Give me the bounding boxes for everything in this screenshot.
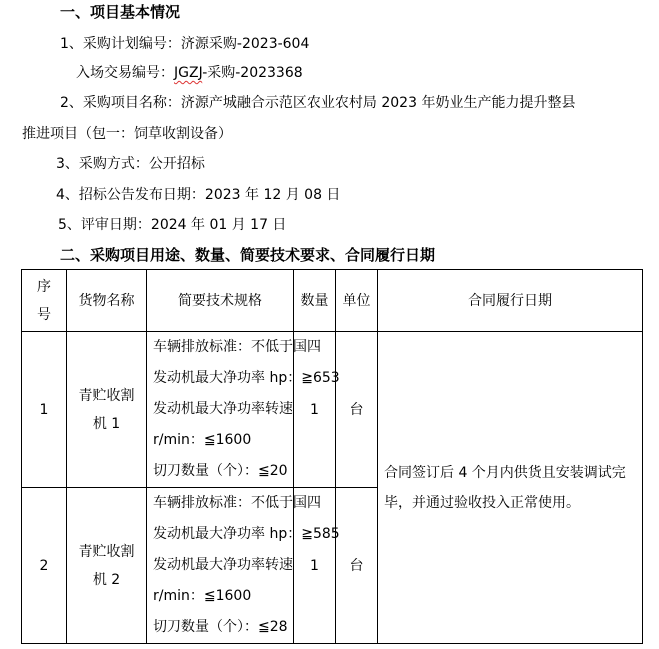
plan-number-label: 1、采购计划编号： — [60, 36, 181, 52]
row-goods-name: 青贮收割机 1 — [67, 332, 147, 488]
row-specs: 车辆排放标准：不低于国四 发动机最大净功率 hp：≧653 发动机最大净功率转速… — [147, 332, 294, 488]
header-quantity: 数量 — [294, 270, 336, 332]
section-heading-basic-info: 一、项目基本情况 — [60, 2, 180, 22]
row-index: 2 — [22, 488, 67, 644]
plan-number-value: 济源采购-2023-604 — [181, 36, 309, 52]
project-name: 2、采购项目名称：济源产城融合示范区农业农村局 2023 年奶业生产能力提升整县 — [60, 93, 575, 113]
row-index: 1 — [22, 332, 67, 488]
spec-line: 切刀数量（个）：≦20 — [153, 456, 293, 487]
header-index: 序号 — [22, 270, 67, 332]
trade-number: 入场交易编号：JGZJ-采购-2023368 — [76, 63, 303, 83]
row-specs: 车辆排放标准：不低于国四 发动机最大净功率 hp：≧585 发动机最大净功率转速… — [147, 488, 294, 644]
header-specs: 简要技术规格 — [147, 270, 294, 332]
trade-number-label: 入场交易编号： — [76, 65, 174, 81]
procurement-table: 序号 货物名称 简要技术规格 数量 单位 合同履行日期 1 青贮收割机 1 车辆… — [21, 269, 643, 644]
announcement-date: 4、招标公告发布日期：2023 年 12 月 08 日 — [56, 185, 340, 205]
procurement-method: 3、采购方式：公开招标 — [56, 154, 205, 174]
spec-line: 发动机最大净功率 hp：≧585 — [153, 519, 293, 550]
spec-line: 发动机最大净功率转速 — [153, 394, 293, 425]
project-name-label: 2、采购项目名称： — [60, 95, 181, 111]
table-header-row: 序号 货物名称 简要技术规格 数量 单位 合同履行日期 — [22, 270, 643, 332]
spec-line: 车辆排放标准：不低于国四 — [153, 488, 293, 519]
plan-number: 1、采购计划编号：济源采购-2023-604 — [60, 34, 309, 54]
spec-line: r/min：≦1600 — [153, 581, 293, 612]
header-contract-date: 合同履行日期 — [378, 270, 643, 332]
spec-line: 切刀数量（个）：≦28 — [153, 612, 293, 643]
review-date-value: 2024 年 01 月 17 日 — [151, 217, 287, 233]
trade-number-value: -采购-2023368 — [202, 65, 302, 81]
row-goods-name-text: 青贮收割机 1 — [75, 382, 139, 438]
project-name-value: 济源产城融合示范区农业农村局 2023 年奶业生产能力提升整县 — [181, 95, 576, 111]
row-goods-name: 青贮收割机 2 — [67, 488, 147, 644]
contract-date-cell: 合同签订后 4 个月内供货且安装调试完毕，并通过验收投入正常使用。 — [378, 332, 643, 644]
spec-line: 车辆排放标准：不低于国四 — [153, 332, 293, 363]
spec-line: 发动机最大净功率转速 — [153, 550, 293, 581]
header-goods-name: 货物名称 — [67, 270, 147, 332]
row-goods-name-text: 青贮收割机 2 — [75, 538, 139, 594]
trade-number-prefix: JGZJ — [174, 65, 202, 81]
spec-line: r/min：≦1600 — [153, 425, 293, 456]
header-unit: 单位 — [336, 270, 378, 332]
procurement-method-value: 公开招标 — [149, 156, 205, 172]
section-heading-purpose: 二、采购项目用途、数量、简要技术要求、合同履行日期 — [60, 245, 435, 265]
announcement-date-value: 2023 年 12 月 08 日 — [205, 187, 341, 203]
row-unit: 台 — [336, 488, 378, 644]
project-name-continued: 推进项目（包一：饲草收割设备） — [22, 124, 232, 144]
review-date-label: 5、评审日期： — [58, 217, 151, 233]
table-row: 1 青贮收割机 1 车辆排放标准：不低于国四 发动机最大净功率 hp：≧653 … — [22, 332, 643, 488]
header-index-text: 序号 — [36, 273, 52, 329]
row-unit: 台 — [336, 332, 378, 488]
spec-line: 发动机最大净功率 hp：≧653 — [153, 363, 293, 394]
announcement-date-label: 4、招标公告发布日期： — [56, 187, 205, 203]
procurement-method-label: 3、采购方式： — [56, 156, 149, 172]
review-date: 5、评审日期：2024 年 01 月 17 日 — [58, 215, 286, 235]
